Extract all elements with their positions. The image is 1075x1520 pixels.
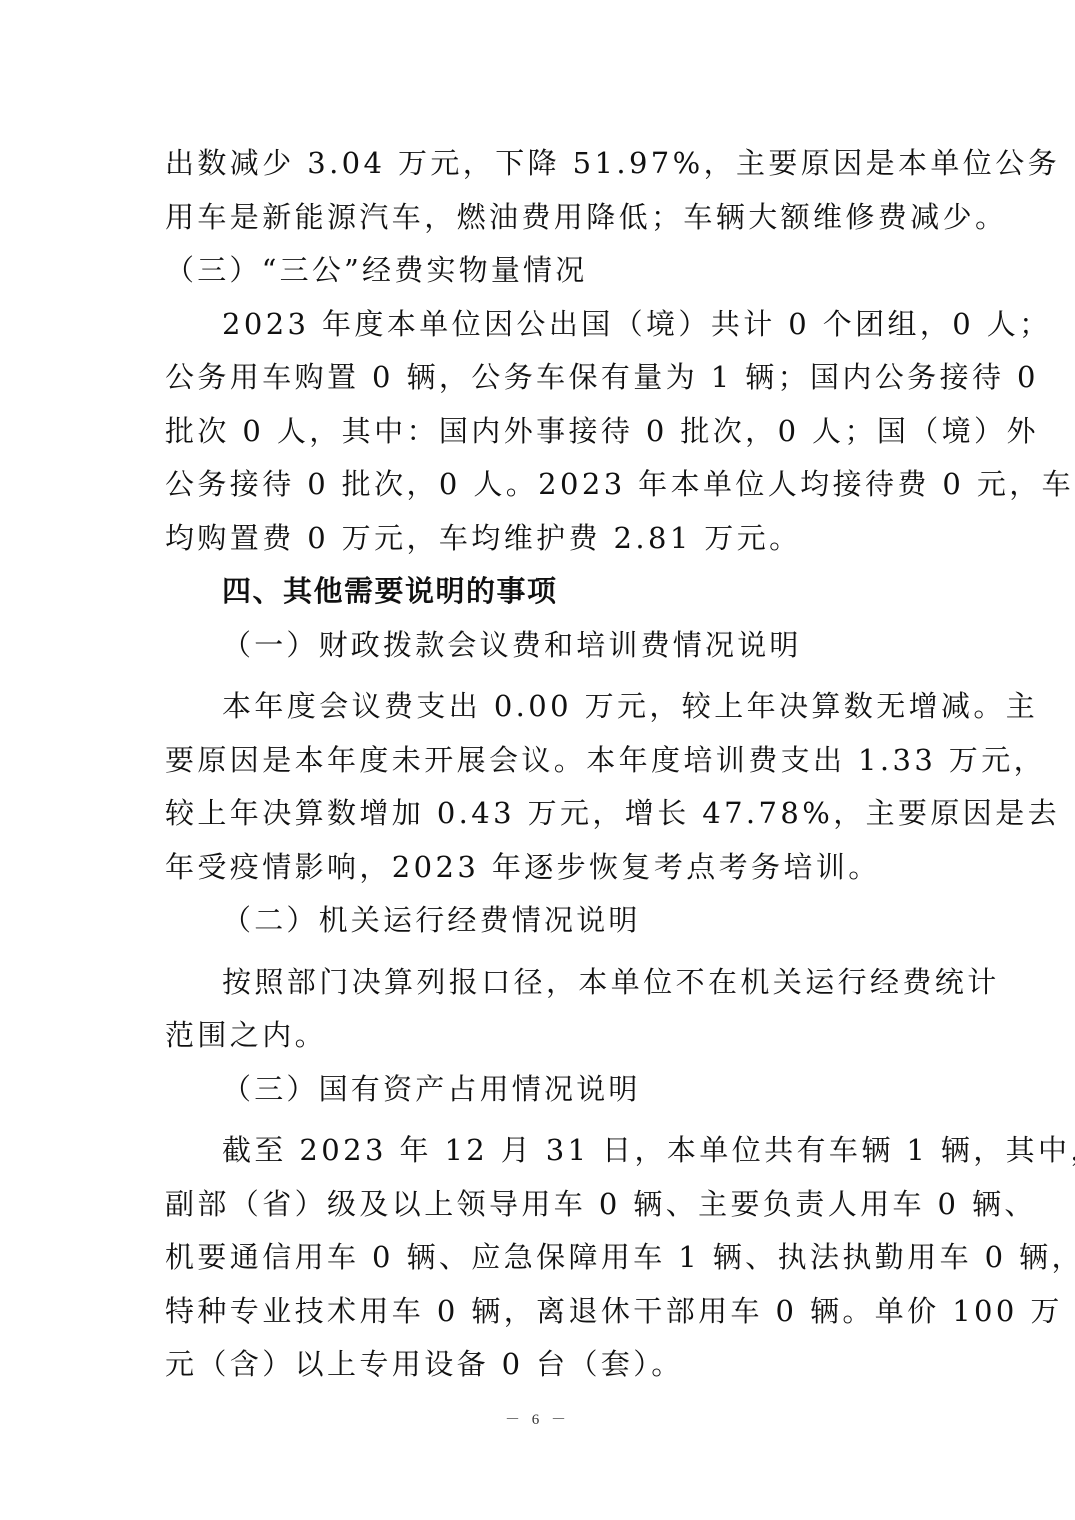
paragraph-line: 特种专业技术用车 0 辆，离退休干部用车 0 辆。单价 100 万 (165, 1285, 913, 1339)
paragraph-line: 公务接待 0 批次，0 人。2023 年本单位人均接待费 0 元，车 (165, 458, 913, 512)
section-heading-other-matters: 四、其他需要说明的事项 (165, 565, 913, 619)
paragraph-line: 机要通信用车 0 辆、应急保障用车 1 辆、执法执勤用车 0 辆， (165, 1231, 913, 1285)
paragraph-line: 范围之内。 (165, 1009, 913, 1063)
spacer (165, 948, 913, 956)
subheading-sangong-physical: （三）“三公”经费实物量情况 (165, 244, 913, 298)
paragraph-line: 出数减少 3.04 万元，下降 51.97%，主要原因是本单位公务 (165, 137, 913, 191)
paragraph-line: 要原因是本年度未开展会议。本年度培训费支出 1.33 万元， (165, 734, 913, 788)
paragraph-line: 用车是新能源汽车，燃油费用降低；车辆大额维修费减少。 (165, 191, 913, 245)
paragraph-line: 较上年决算数增加 0.43 万元，增长 47.78%，主要原因是去 (165, 787, 913, 841)
paragraph-line: 年受疫情影响，2023 年逐步恢复考点考务培训。 (165, 841, 913, 895)
page-content: 出数减少 3.04 万元，下降 51.97%，主要原因是本单位公务 用车是新能源… (165, 137, 913, 1392)
paragraph-line: 元（含）以上专用设备 0 台（套）。 (165, 1338, 913, 1392)
spacer (165, 672, 913, 680)
subheading-operating-costs: （二）机关运行经费情况说明 (165, 894, 913, 948)
paragraph-line: 公务用车购置 0 辆，公务车保有量为 1 辆；国内公务接待 0 (165, 351, 913, 405)
paragraph-line: 均购置费 0 万元，车均维护费 2.81 万元。 (165, 512, 913, 566)
page-number: － 6 － (0, 1408, 1075, 1429)
document-page: 出数减少 3.04 万元，下降 51.97%，主要原因是本单位公务 用车是新能源… (0, 0, 1075, 1520)
paragraph-line: 截至 2023 年 12 月 31 日，本单位共有车辆 1 辆，其中， (165, 1124, 913, 1178)
paragraph-line: 2023 年度本单位因公出国（境）共计 0 个团组，0 人； (165, 298, 913, 352)
paragraph-line: 按照部门决算列报口径，本单位不在机关运行经费统计 (165, 956, 913, 1010)
spacer (165, 1116, 913, 1124)
subheading-meeting-training: （一）财政拨款会议费和培训费情况说明 (165, 619, 913, 673)
paragraph-line: 本年度会议费支出 0.00 万元，较上年决算数无增减。主 (165, 680, 913, 734)
paragraph-line: 批次 0 人，其中：国内外事接待 0 批次，0 人；国（境）外 (165, 405, 913, 459)
paragraph-line: 副部（省）级及以上领导用车 0 辆、主要负责人用车 0 辆、 (165, 1178, 913, 1232)
subheading-state-assets: （三）国有资产占用情况说明 (165, 1063, 913, 1117)
